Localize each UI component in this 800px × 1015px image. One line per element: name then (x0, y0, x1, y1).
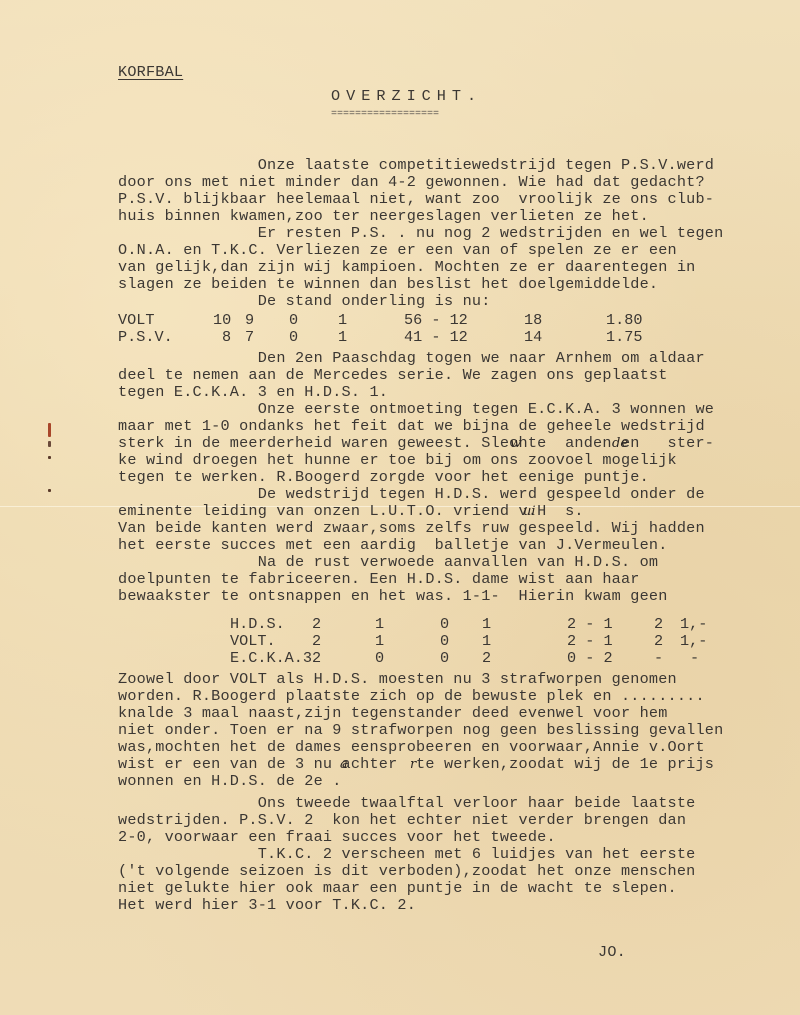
text-line: O.N.A. en T.K.C. Verliezen ze er een van… (118, 242, 677, 259)
team-name: H.D.S. (230, 616, 285, 633)
points: 2 (654, 616, 663, 633)
text-line: eminente leiding van onzen L.U.T.O. vrie… (118, 503, 584, 520)
handwritten-correction: r (410, 757, 416, 772)
goal-average: 1.75 (606, 329, 642, 346)
text-line: Van beide kanten werd zwaar,soms zelfs r… (118, 520, 705, 537)
text-line: was,mochten het de dames eensprobeeren e… (118, 739, 705, 756)
text-line: bewaakster te ontsnappen en het was. 1-1… (118, 588, 668, 605)
text-line: Onze laatste competitiewedstrijd tegen P… (118, 157, 714, 174)
points: 18 (524, 312, 542, 329)
document-title: OVERZICHT. (331, 88, 482, 105)
played-count: 10 (213, 312, 231, 329)
text-line: het eerste succes met een aardig balletj… (118, 537, 668, 554)
drawn-count: 0 (440, 616, 449, 633)
text-line: van gelijk,dan zijn wij kampioen. Mochte… (118, 259, 695, 276)
drawn-count: 0 (289, 312, 298, 329)
played-count: 2 (312, 633, 321, 650)
won-count: 9 (245, 312, 254, 329)
text-line: knalde 3 maal naast,zijn tegenstander de… (118, 705, 668, 722)
text-line: De stand onderling is nu: (118, 293, 491, 310)
text-line: ('t volgende seizoen is dit verboden),zo… (118, 863, 695, 880)
won-count: 0 (375, 650, 384, 667)
points: 14 (524, 329, 542, 346)
goal-average: 1,- (680, 616, 707, 633)
text-line: wonnen en H.D.S. de 2e . (118, 773, 342, 790)
team-name: VOLT (118, 312, 154, 329)
won-count: 1 (375, 633, 384, 650)
text-line: tegen E.C.K.A. 3 en H.D.S. 1. (118, 384, 388, 401)
team-name: E.C.K.A.3 (230, 650, 312, 667)
text-line: Ons tweede twaalftal verloor haar beide … (118, 795, 695, 812)
text-line: niet onder. Toen er na 9 strafworpen nog… (118, 722, 723, 739)
goal-score: 56 - 12 (404, 312, 468, 329)
punch-hole-rust-mark (48, 423, 51, 437)
text-line: deel te nemen aan de Mercedes serie. We … (118, 367, 668, 384)
text-line: slagen ze beiden te winnen dan beslist h… (118, 276, 658, 293)
lost-count: 1 (482, 616, 491, 633)
goal-score: 41 - 12 (404, 329, 468, 346)
handwritten-correction: ui (523, 504, 536, 519)
document-heading: KORFBAL (118, 64, 183, 81)
points: 2 (654, 633, 663, 650)
won-count: 1 (375, 616, 384, 633)
goal-average: 1,- (680, 633, 707, 650)
punch-hole-mark (48, 456, 51, 459)
text-line: Zoowel door VOLT als H.D.S. moesten nu 3… (118, 671, 677, 688)
document-page: KORFBAL OVERZICHT. ================== On… (0, 0, 800, 1015)
text-line: wedstrijden. P.S.V. 2 kon het echter nie… (118, 812, 686, 829)
played-count: 2 (312, 650, 321, 667)
signature: JO. (598, 944, 626, 961)
handwritten-correction: de (612, 436, 628, 451)
points: - (654, 650, 663, 667)
drawn-count: 0 (289, 329, 298, 346)
text-line: De wedstrijd tegen H.D.S. werd gespeeld … (118, 486, 705, 503)
won-count: 7 (245, 329, 254, 346)
text-line: Het werd hier 3-1 voor T.K.C. 2. (118, 897, 416, 914)
title-double-underline: ================== (331, 106, 439, 123)
text-line: maar met 1-0 ondanks het feit dat we bij… (118, 418, 705, 435)
text-line: Den 2en Paaschdag togen we naar Arnhem o… (118, 350, 705, 367)
text-line: tegen te werken. R.Boogerd zorgde voor h… (118, 469, 649, 486)
handwritten-correction: a (340, 757, 348, 772)
handwritten-correction: w (510, 436, 521, 451)
played-count: 2 (312, 616, 321, 633)
text-line: Er resten P.S. . nu nog 2 wedstrijden en… (118, 225, 723, 242)
text-line: 2-0, voorwaar een fraai succes voor het … (118, 829, 556, 846)
text-line: Na de rust verwoede aanvallen van H.D.S.… (118, 554, 658, 571)
text-line: worden. R.Boogerd plaatste zich op de be… (118, 688, 705, 705)
text-line: ke wind droegen het hunne er toe bij om … (118, 452, 677, 469)
text-line: doelpunten te fabriceeren. Een H.D.S. da… (118, 571, 640, 588)
lost-count: 1 (482, 633, 491, 650)
punch-hole-mark (48, 441, 51, 447)
goal-average: 1.80 (606, 312, 642, 329)
goal-score: 2 - 1 (567, 633, 613, 650)
lost-count: 1 (338, 329, 347, 346)
team-name: VOLT. (230, 633, 276, 650)
goal-score: 0 - 2 (567, 650, 613, 667)
goal-average: - (690, 650, 699, 667)
text-line: niet gelukte hier ook maar een puntje in… (118, 880, 677, 897)
drawn-count: 0 (440, 650, 449, 667)
punch-hole-mark (48, 489, 51, 492)
goal-score: 2 - 1 (567, 616, 613, 633)
text-line: P.S.V. blijkbaar heelemaal niet, want zo… (118, 191, 714, 208)
played-count: 8 (222, 329, 231, 346)
lost-count: 2 (482, 650, 491, 667)
text-line: huis binnen kwamen,zoo ter neergeslagen … (118, 208, 649, 225)
team-name: P.S.V. (118, 329, 173, 346)
lost-count: 1 (338, 312, 347, 329)
text-line: Onze eerste ontmoeting tegen E.C.K.A. 3 … (118, 401, 714, 418)
text-line: door ons met niet minder dan 4-2 gewonne… (118, 174, 705, 191)
text-line: T.K.C. 2 verscheen met 6 luidjes van het… (118, 846, 695, 863)
drawn-count: 0 (440, 633, 449, 650)
